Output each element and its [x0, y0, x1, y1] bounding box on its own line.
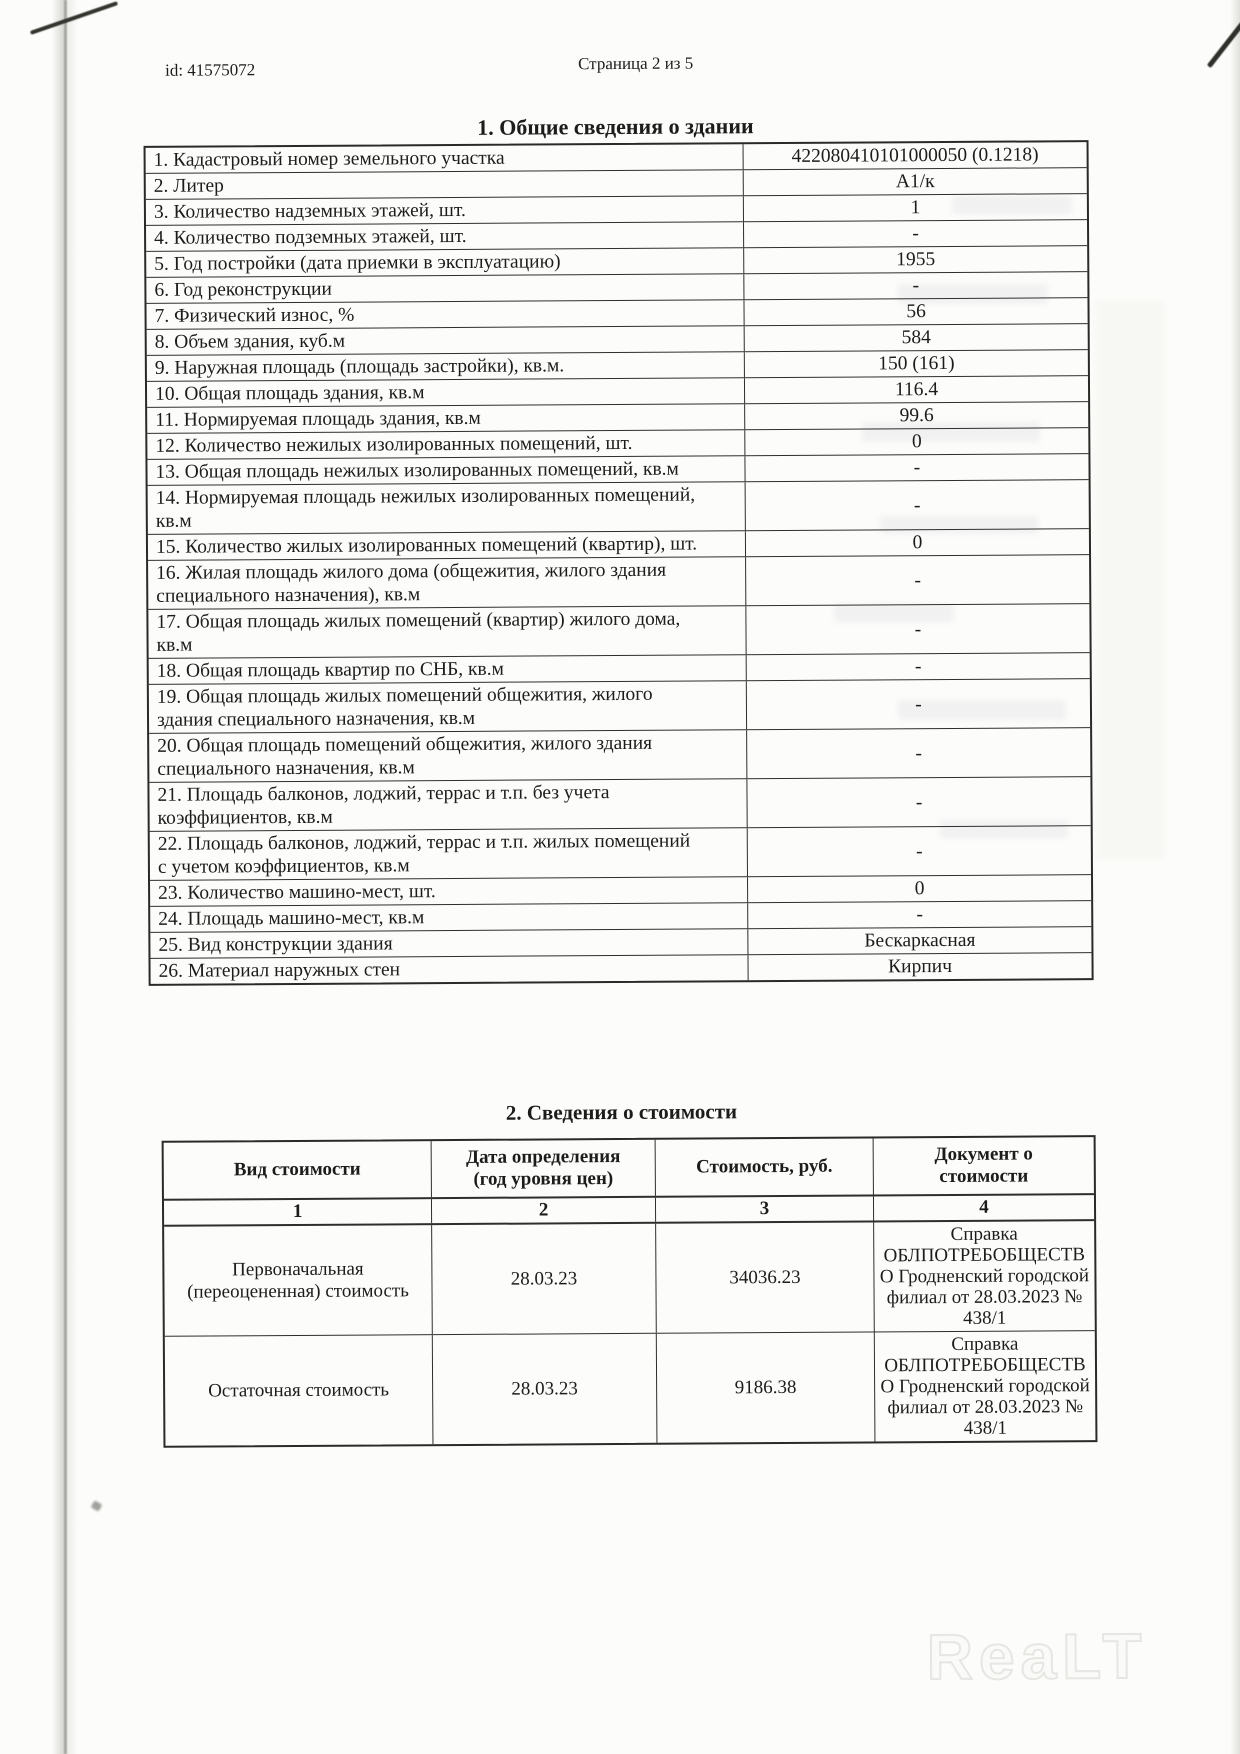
- cost-kind-cell: Остаточная стоимость: [165, 1335, 434, 1446]
- cost-value-cell: 34036.23: [656, 1222, 875, 1332]
- row-value: 584: [745, 324, 1088, 351]
- row-value: 1: [744, 194, 1087, 221]
- row-value: -: [747, 728, 1090, 778]
- row-value: -: [745, 454, 1088, 481]
- cost-row: Первоначальная (переоцененная) стоимость…: [164, 1221, 1095, 1337]
- column-number: 2: [432, 1198, 656, 1223]
- row-label: 17. Общая площадь жилых помещений (кварт…: [148, 606, 746, 658]
- row-value: 0: [745, 428, 1088, 455]
- row-value: 99.6: [745, 402, 1088, 429]
- cost-value-cell: 9186.38: [657, 1332, 876, 1442]
- cost-date-cell: 28.03.23: [433, 1334, 658, 1444]
- row-label: 26. Материал наружных стен: [150, 955, 748, 984]
- row-value: -: [748, 826, 1091, 876]
- row-label: 4. Количество подземных этажей, шт.: [146, 222, 744, 251]
- cost-table-header-row: Вид стоимости Дата определения (год уров…: [164, 1137, 1094, 1201]
- column-header-cost: Стоимость, руб.: [656, 1138, 874, 1195]
- table-row: 20. Общая площадь помещений общежития, ж…: [149, 727, 1090, 782]
- row-label: 20. Общая площадь помещений общежития, ж…: [149, 730, 747, 782]
- table-row: 16. Жилая площадь жилого дома (общежития…: [148, 554, 1089, 609]
- row-label: 14. Нормируемая площадь нежилых изолиров…: [148, 482, 746, 534]
- row-value: -: [746, 480, 1089, 530]
- row-value: -: [746, 555, 1089, 605]
- row-value: 0: [746, 529, 1089, 556]
- row-label: 24. Площадь машино-мест, кв.м: [150, 903, 748, 932]
- row-value: А1/к: [744, 168, 1087, 195]
- row-value: -: [747, 777, 1090, 827]
- table-row: 17. Общая площадь жилых помещений (кварт…: [148, 603, 1089, 658]
- row-value: 1955: [744, 246, 1087, 273]
- row-label: 8. Объем здания, куб.м: [147, 326, 745, 355]
- table-row: 19. Общая площадь жилых помещений общежи…: [149, 678, 1090, 733]
- row-label: 9. Наружная площадь (площадь застройки),…: [147, 352, 745, 381]
- cost-date-cell: 28.03.23: [432, 1224, 657, 1334]
- table-row: 14. Нормируемая площадь нежилых изолиров…: [148, 479, 1089, 534]
- row-value: 150 (161): [745, 350, 1088, 377]
- section1-title: 1. Общие сведения о здании: [0, 110, 1235, 144]
- row-label: 13. Общая площадь нежилых изолированных …: [147, 456, 745, 485]
- column-number: 4: [874, 1195, 1094, 1220]
- row-value: Кирпич: [748, 953, 1091, 980]
- realt-watermark: ReaLT: [927, 1619, 1148, 1694]
- row-label: 18. Общая площадь квартир по СНБ, кв.м: [149, 655, 747, 684]
- row-label: 11. Нормируемая площадь здания, кв.м: [147, 404, 745, 433]
- row-label: 7. Физический износ, %: [146, 300, 744, 329]
- row-value: -: [747, 679, 1090, 729]
- row-value: Бескаркасная: [748, 927, 1091, 954]
- row-label: 25. Вид конструкции здания: [150, 929, 748, 958]
- table-row: 21. Площадь балконов, лоджий, террас и т…: [149, 776, 1090, 831]
- general-info-table: 1. Кадастровый номер земельного участка4…: [144, 140, 1094, 986]
- row-label: 19. Общая площадь жилых помещений общежи…: [149, 681, 747, 733]
- row-label: 12. Количество нежилых изолированных пом…: [147, 430, 745, 459]
- row-value: -: [744, 220, 1087, 247]
- row-value: -: [747, 653, 1090, 680]
- row-label: 23. Количество машино-мест, шт.: [150, 877, 748, 906]
- row-label: 22. Площадь балконов, лоджий, террас и т…: [150, 828, 748, 880]
- row-label: 1. Кадастровый номер земельного участка: [146, 144, 744, 173]
- column-number: 3: [656, 1196, 874, 1221]
- column-number: 1: [164, 1199, 432, 1225]
- column-header-date: Дата определения (год уровня цен): [432, 1140, 656, 1197]
- row-value: 0: [748, 875, 1091, 902]
- document-id-label: id: 41575072: [165, 60, 255, 81]
- row-label: 3. Количество надземных этажей, шт.: [146, 196, 744, 225]
- table-row: 22. Площадь балконов, лоджий, террас и т…: [150, 825, 1091, 880]
- section2-title: 2. Сведения о стоимости: [1, 1096, 1240, 1129]
- cost-table: Вид стоимости Дата определения (год уров…: [162, 1135, 1098, 1448]
- row-label: 6. Год реконструкции: [146, 274, 744, 303]
- cost-document-cell: Справка ОБЛПОТРЕБОБЩЕСТВО Гродненский го…: [875, 1331, 1096, 1441]
- row-value: 56: [744, 298, 1087, 325]
- row-value: -: [748, 901, 1091, 928]
- row-value: 116.4: [745, 376, 1088, 403]
- row-label: 16. Жилая площадь жилого дома (общежития…: [148, 557, 746, 609]
- cost-document-cell: Справка ОБЛПОТРЕБОБЩЕСТВО Гродненский го…: [874, 1221, 1095, 1331]
- cost-row: Остаточная стоимость 28.03.23 9186.38 Сп…: [165, 1331, 1096, 1446]
- row-label: 21. Площадь балконов, лоджий, террас и т…: [149, 779, 747, 831]
- column-header-kind: Вид стоимости: [164, 1141, 432, 1199]
- row-value: 422080410101000050 (0.1218): [744, 142, 1087, 169]
- row-label: 15. Количество жилых изолированных помещ…: [148, 531, 746, 560]
- scanned-page: id: 41575072 Страница 2 из 5 1. Общие св…: [0, 0, 1240, 1754]
- row-value: -: [744, 272, 1087, 299]
- row-label: 10. Общая площадь здания, кв.м: [147, 378, 745, 407]
- row-value: -: [746, 604, 1089, 654]
- cost-kind-cell: Первоначальная (переоцененная) стоимость: [164, 1225, 433, 1336]
- column-header-document: Документ о стоимости: [874, 1137, 1094, 1194]
- row-label: 2. Литер: [146, 170, 744, 199]
- row-label: 5. Год постройки (дата приемки в эксплуа…: [146, 248, 744, 277]
- page-indicator: Страница 2 из 5: [578, 54, 693, 75]
